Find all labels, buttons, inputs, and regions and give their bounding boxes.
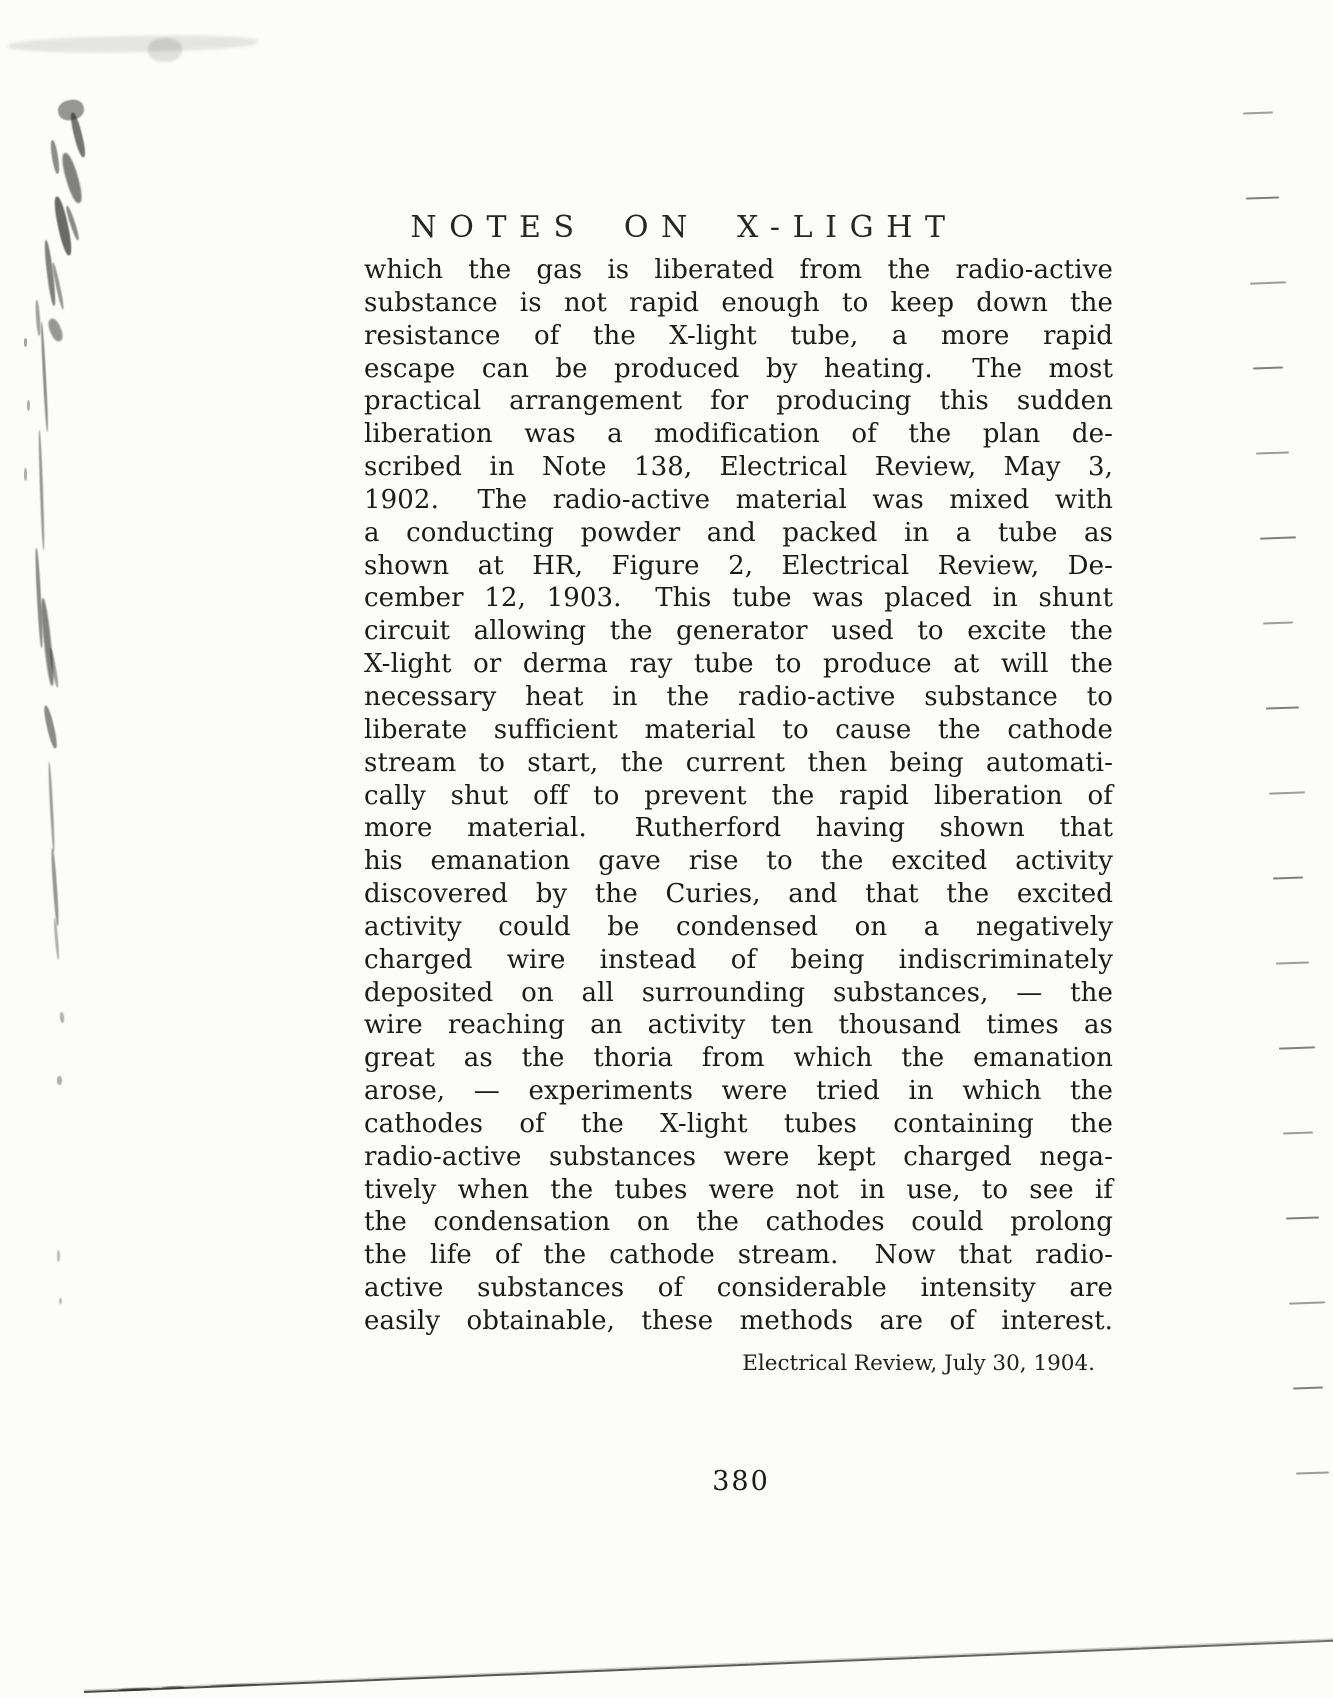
- scan-artifact: [57, 1076, 62, 1085]
- text-line: arose, — experiments were tried in which…: [364, 1075, 1113, 1108]
- page-edge-line: [84, 1640, 1333, 1693]
- text-line: active substances of considerable intens…: [364, 1272, 1113, 1305]
- text-line: liberate sufficient material to cause th…: [364, 714, 1113, 747]
- text-line: necessary heat in the radio-active subst…: [364, 681, 1113, 714]
- text-line: more material. Rutherford having shown t…: [364, 812, 1113, 845]
- text-line: escape can be produced by heating. The m…: [364, 353, 1113, 386]
- text-line: charged wire instead of being indiscrimi…: [364, 944, 1113, 977]
- text-line: resistance of the X-light tube, a more r…: [364, 320, 1113, 353]
- text-line: X-light or derma ray tube to produce at …: [364, 648, 1113, 681]
- margin-bleed-dash: [1296, 1471, 1329, 1474]
- margin-bleed-dash: [1250, 281, 1286, 284]
- scan-artifact: [40, 322, 49, 432]
- scan-artifact: [27, 400, 30, 411]
- scan-artifact: [148, 37, 183, 62]
- scan-artifact: [49, 648, 60, 688]
- scan-artifact: [34, 548, 43, 648]
- scan-artifact: [59, 151, 85, 204]
- scan-artifact: [210, 1683, 256, 1687]
- text-line: the condensation on the cathodes could p…: [364, 1206, 1113, 1239]
- margin-bleed-dash: [1256, 451, 1289, 454]
- scan-artifact: [42, 705, 59, 749]
- scan-artifact: [24, 338, 27, 347]
- scan-artifact: [39, 598, 55, 686]
- scan-artifact: [60, 1012, 65, 1023]
- text-line: discovered by the Curies, and that the e…: [364, 878, 1113, 911]
- text-line: stream to start, the current then being …: [364, 747, 1113, 780]
- scan-artifact: [51, 262, 65, 310]
- scanned-book-page: NOTES ON X-LIGHT which the gas is libera…: [0, 0, 1333, 1698]
- text-line: cathodes of the X-light tubes containing…: [364, 1108, 1113, 1141]
- scan-artifact: [24, 468, 27, 481]
- source-attribution: Electrical Review, July 30, 1904.: [365, 1351, 1095, 1376]
- text-line: deposited on all surrounding substances,…: [364, 977, 1113, 1010]
- text-line: radio-active substances were kept charge…: [364, 1141, 1113, 1174]
- scan-artifact: [53, 918, 60, 960]
- text-line: easily obtainable, these methods are of …: [364, 1305, 1113, 1338]
- scan-artifact: [49, 140, 60, 175]
- margin-bleed-dash: [1292, 1386, 1322, 1389]
- scan-artifact: [162, 1686, 184, 1690]
- text-line: which the gas is liberated from the radi…: [364, 254, 1113, 287]
- text-line: great as the thoria from which the emana…: [364, 1042, 1113, 1075]
- scan-artifact: [8, 34, 258, 54]
- margin-bleed-dash: [1279, 1046, 1315, 1049]
- margin-bleed-dash: [1253, 366, 1283, 369]
- margin-bleed-dash: [1286, 1216, 1319, 1219]
- text-line: his emanation gave rise to the excited a…: [364, 845, 1113, 878]
- margin-bleed-dash: [1276, 961, 1309, 964]
- scan-artifact: [57, 1250, 60, 1262]
- scan-artifact: [118, 1687, 152, 1691]
- body-text: which the gas is liberated from the radi…: [364, 254, 1113, 1338]
- scan-artifact: [43, 240, 57, 306]
- scan-artifact: [38, 430, 45, 550]
- text-line: a conducting powder and packed in a tube…: [364, 517, 1113, 550]
- text-line: cember 12, 1903. This tube was placed in…: [364, 582, 1113, 615]
- text-line: activity could be condensed on a negativ…: [364, 911, 1113, 944]
- scan-artifact: [56, 98, 86, 123]
- text-line: 1902. The radio-active material was mixe…: [364, 484, 1113, 517]
- text-line: cally shut off to prevent the rapid libe…: [364, 780, 1113, 813]
- margin-bleed-dash: [1243, 111, 1273, 114]
- margin-bleed-dash: [1273, 876, 1303, 879]
- margin-bleed-dash: [1289, 1301, 1325, 1304]
- text-line: practical arrangement for producing this…: [364, 385, 1113, 418]
- text-line: scribed in Note 138, Electrical Review, …: [364, 451, 1113, 484]
- text-line: shown at HR, Figure 2, Electrical Review…: [364, 550, 1113, 583]
- text-line: circuit allowing the generator used to e…: [364, 615, 1113, 648]
- scan-artifact: [50, 848, 59, 926]
- scan-artifact: [65, 205, 81, 241]
- scan-artifact: [52, 196, 74, 257]
- margin-bleed-dash: [1263, 621, 1293, 624]
- scan-artifact: [48, 762, 56, 852]
- margin-bleed-dash: [1266, 706, 1299, 709]
- text-line: tively when the tubes were not in use, t…: [364, 1174, 1113, 1207]
- text-line: the life of the cathode stream. Now that…: [364, 1239, 1113, 1272]
- text-line: liberation was a modification of the pla…: [364, 418, 1113, 451]
- scan-artifact: [46, 317, 65, 343]
- text-line: substance is not rapid enough to keep do…: [364, 287, 1113, 320]
- page-title: NOTES ON X-LIGHT: [310, 210, 1058, 245]
- margin-bleed-dash: [1283, 1131, 1313, 1134]
- scan-artifact: [59, 1298, 62, 1304]
- margin-bleed-dash: [1246, 196, 1279, 199]
- text-line: wire reaching an activity ten thousand t…: [364, 1009, 1113, 1042]
- margin-bleed-dash: [1269, 791, 1305, 794]
- page-number: 380: [367, 1466, 1115, 1497]
- margin-bleed-dash: [1259, 536, 1295, 539]
- scan-artifact: [69, 112, 88, 159]
- scan-artifact: [35, 300, 42, 336]
